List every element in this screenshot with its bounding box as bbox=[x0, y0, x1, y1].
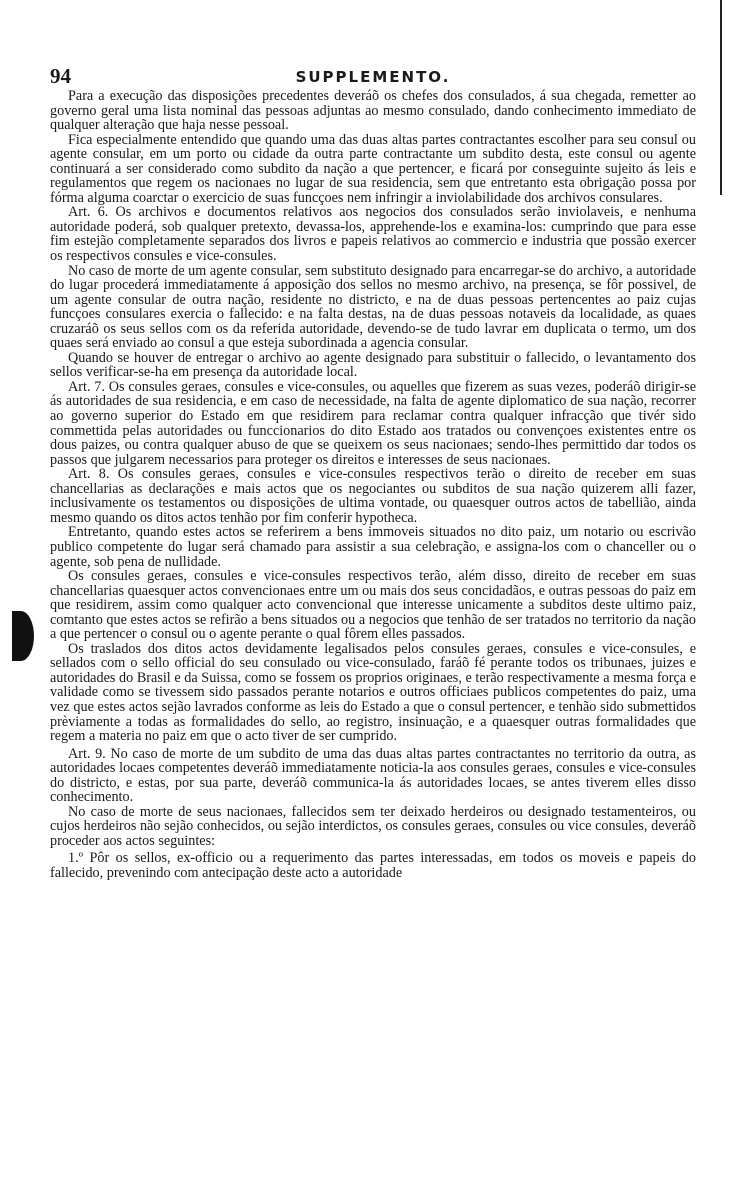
paragraph: Os traslados dos ditos actos devidamente… bbox=[50, 642, 696, 744]
document-page: 94 SUPPLEMENTO. Para a execução das disp… bbox=[50, 64, 696, 881]
paragraph: Os consules geraes, consules e vice-cons… bbox=[50, 569, 696, 642]
paragraph-item-1: 1.º Pôr os sellos, ex-officio ou a reque… bbox=[50, 851, 696, 880]
paragraph: Para a execução das disposições preceden… bbox=[50, 89, 696, 133]
page-edge-rule bbox=[720, 0, 722, 195]
paragraph-article-6: Art. 6. Os archivos e documentos relativ… bbox=[50, 205, 696, 263]
paragraph-article-9: Art. 9. No caso de morte de um subdito d… bbox=[50, 747, 696, 805]
paragraph: Quando se houver de entregar o archivo a… bbox=[50, 351, 696, 380]
paragraph: Fica especialmente entendido que quando … bbox=[50, 133, 696, 206]
running-title: SUPPLEMENTO. bbox=[50, 68, 696, 86]
paragraph-article-8: Art. 8. Os consules geraes, consules e v… bbox=[50, 467, 696, 525]
paragraph: Entretanto, quando estes actos se referi… bbox=[50, 525, 696, 569]
paragraph: No caso de morte de seus nacionaes, fall… bbox=[50, 805, 696, 849]
paragraph: No caso de morte de um agente consular, … bbox=[50, 264, 696, 351]
page-header: 94 SUPPLEMENTO. bbox=[50, 64, 696, 86]
paragraph-article-7: Art. 7. Os consules geraes, consules e v… bbox=[50, 380, 696, 467]
body-text: Para a execução das disposições preceden… bbox=[50, 89, 696, 881]
margin-ink-blot bbox=[12, 611, 34, 661]
